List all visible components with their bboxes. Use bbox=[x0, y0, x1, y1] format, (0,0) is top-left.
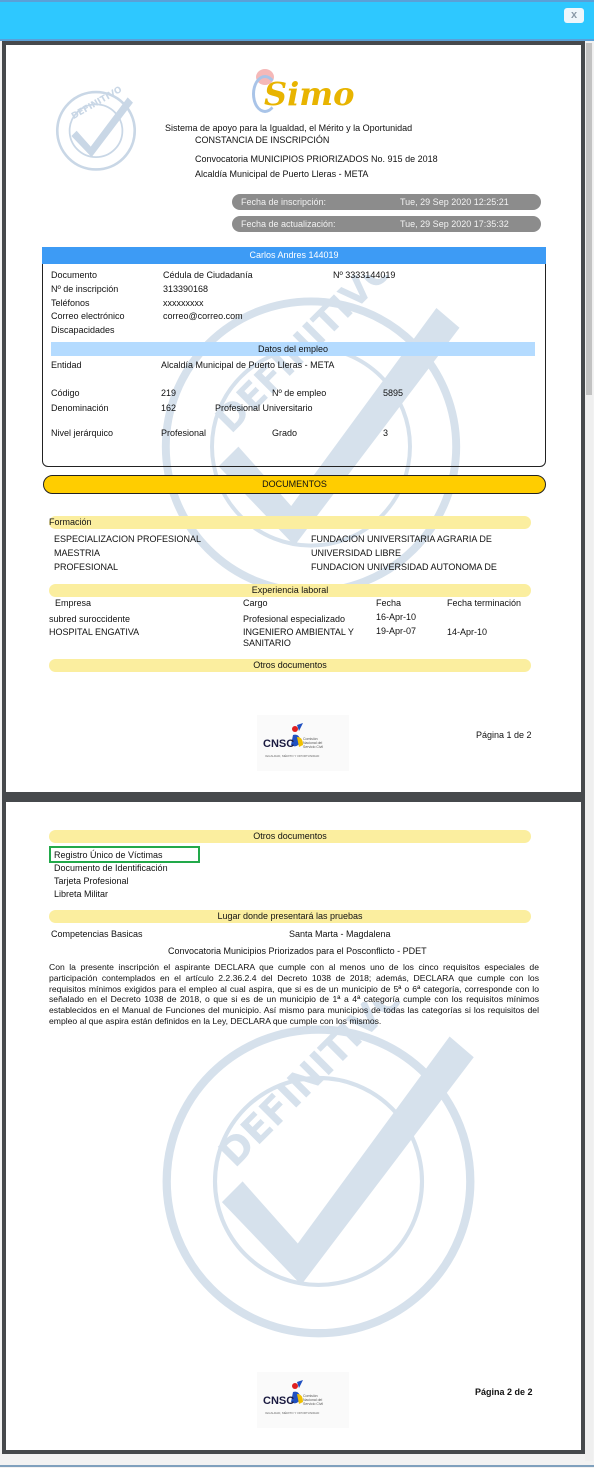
system-subtitle: Sistema de apoyo para la Igualdad, el Mé… bbox=[165, 123, 412, 133]
experiencia-col-empresa: Empresa bbox=[55, 598, 91, 608]
close-button[interactable]: x bbox=[564, 8, 584, 23]
nivel-label: Nivel jerárquico bbox=[51, 428, 113, 438]
experiencia-fecha: 16-Apr-10 bbox=[376, 612, 416, 622]
formacion-institucion: FUNDACION UNIVERSITARIA AGRARIA DE bbox=[311, 534, 492, 544]
cnsc-logo: CNSC Comisión Nacional del Servicio Civi… bbox=[257, 1372, 349, 1428]
person-name: Carlos Andres 144019 bbox=[42, 247, 546, 264]
experiencia-cargo-cont: SANITARIO bbox=[243, 638, 291, 648]
svg-text:DEFINITIVO: DEFINITIVO bbox=[210, 1002, 414, 1175]
page-1: DEFINITIVO DEFINITIVO Simo Sistema de ap… bbox=[6, 45, 581, 792]
definitivo-stamp-icon: DEFINITIVO bbox=[52, 85, 140, 173]
person-info-box: Carlos Andres 144019 Documento Cédula de… bbox=[42, 247, 546, 467]
pruebas-lugar: Santa Marta - Magdalena bbox=[289, 929, 391, 939]
document-title: CONSTANCIA DE INSCRIPCIÓN bbox=[195, 135, 329, 145]
scrollbar-thumb[interactable] bbox=[586, 43, 592, 395]
denominacion-code: 162 bbox=[161, 403, 176, 413]
declaracion-title: Convocatoria Municipios Priorizados para… bbox=[168, 946, 427, 956]
scrollbar[interactable] bbox=[585, 43, 593, 1461]
formacion-institucion: UNIVERSIDAD LIBRE bbox=[311, 548, 401, 558]
experiencia-heading: Experiencia laboral bbox=[49, 584, 531, 597]
empleo-entidad-value: Alcaldía Municipal de Puerto Lleras - ME… bbox=[161, 360, 334, 370]
correo-label: Correo electrónico bbox=[51, 311, 125, 321]
nivel-value: Profesional bbox=[161, 428, 206, 438]
formacion-nivel: ESPECIALIZACION PROFESIONAL bbox=[54, 534, 201, 544]
formacion-heading: Formación bbox=[49, 516, 531, 529]
page-number-2: Página 2 de 2 bbox=[475, 1387, 533, 1397]
close-icon: x bbox=[571, 9, 577, 21]
formacion-nivel: PROFESIONAL bbox=[54, 562, 118, 572]
experiencia-fin: 14-Apr-10 bbox=[447, 627, 487, 637]
otros-documento[interactable]: Documento de Identificación bbox=[54, 863, 168, 873]
inscripcion-value: 313390168 bbox=[163, 284, 208, 294]
otros-documento[interactable]: Tarjeta Profesional bbox=[54, 876, 129, 886]
experiencia-col-cargo: Cargo bbox=[243, 598, 268, 608]
empleo-heading: Datos del empleo bbox=[51, 342, 535, 356]
inscripcion-label: Nº de inscripción bbox=[51, 284, 118, 294]
grado-value: 3 bbox=[383, 428, 388, 438]
entidad-label: Alcaldía Municipal de Puerto Lleras - ME… bbox=[195, 169, 368, 179]
experiencia-cargo: INGENIERO AMBIENTAL Y bbox=[243, 627, 354, 637]
dialog-bottom-border bbox=[0, 1465, 594, 1467]
simo-logo: Simo bbox=[250, 65, 330, 117]
fecha-inscripcion-pill: Fecha de inscripción: Tue, 29 Sep 2020 1… bbox=[232, 194, 541, 210]
numero-empleo-label: Nº de empleo bbox=[272, 388, 326, 398]
otros-documento[interactable]: Libreta Militar bbox=[54, 889, 108, 899]
formacion-nivel: MAESTRIA bbox=[54, 548, 100, 558]
page-number-1: Página 1 de 2 bbox=[476, 730, 532, 740]
experiencia-col-fecha: Fecha bbox=[376, 598, 401, 608]
definitivo-watermark-icon: DEFINITIVO bbox=[146, 1002, 491, 1347]
denominacion-value: Profesional Universitario bbox=[215, 403, 313, 413]
experiencia-cargo: Profesional especializado bbox=[243, 614, 345, 624]
documento-label: Documento bbox=[51, 270, 97, 280]
grado-label: Grado bbox=[272, 428, 297, 438]
experiencia-fecha: 19-Apr-07 bbox=[376, 626, 416, 636]
codigo-value: 219 bbox=[161, 388, 176, 398]
codigo-label: Código bbox=[51, 388, 80, 398]
experiencia-empresa: HOSPITAL ENGATIVA bbox=[49, 627, 139, 637]
otros-heading: Otros documentos bbox=[49, 659, 531, 672]
empleo-entidad-label: Entidad bbox=[51, 360, 82, 370]
otros-documento[interactable]: Registro Único de Víctimas bbox=[54, 850, 163, 860]
denominacion-label: Denominación bbox=[51, 403, 109, 413]
documento-numero: Nº 3333144019 bbox=[333, 270, 395, 280]
correo-value: correo@correo.com bbox=[163, 311, 243, 321]
convocatoria-label: Convocatoria MUNICIPIOS PRIORIZADOS No. … bbox=[195, 154, 438, 164]
numero-empleo-value: 5895 bbox=[383, 388, 403, 398]
telefonos-value: xxxxxxxxx bbox=[163, 298, 204, 308]
fecha-actualizacion-pill: Fecha de actualización: Tue, 29 Sep 2020… bbox=[232, 216, 541, 232]
pruebas-heading: Lugar donde presentará las pruebas bbox=[49, 910, 531, 923]
svg-text:DEFINITIVO: DEFINITIVO bbox=[70, 85, 124, 122]
documentos-heading: DOCUMENTOS bbox=[43, 475, 546, 494]
declaracion-text: Con la presente inscripción el aspirante… bbox=[49, 962, 539, 1027]
discapacidades-label: Discapacidades bbox=[51, 325, 115, 335]
experiencia-empresa: subred suroccidente bbox=[49, 614, 130, 624]
page-2: DEFINITIVO Otros documentos Registro Úni… bbox=[6, 802, 581, 1450]
otros-heading: Otros documentos bbox=[49, 830, 531, 843]
cnsc-logo: CNSC Comisión Nacional del Servicio Civi… bbox=[257, 715, 349, 771]
documento-tipo: Cédula de Ciudadanía bbox=[163, 270, 253, 280]
pruebas-tipo: Competencias Basicas bbox=[51, 929, 143, 939]
formacion-institucion: FUNDACION UNIVERSIDAD AUTONOMA DE bbox=[311, 562, 497, 572]
experiencia-col-fin: Fecha terminación bbox=[447, 598, 521, 608]
dialog-titlebar: x bbox=[0, 0, 594, 41]
telefonos-label: Teléfonos bbox=[51, 298, 90, 308]
